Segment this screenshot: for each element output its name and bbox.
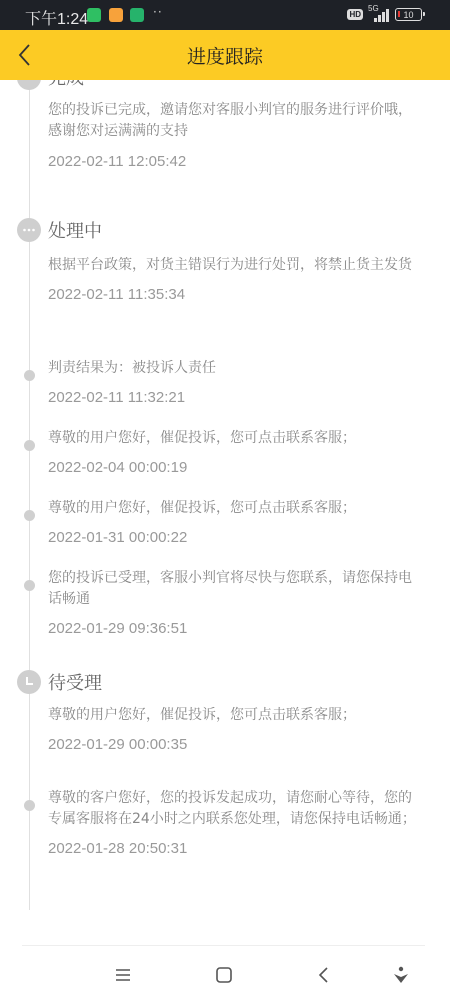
status-bar: 下午1:24 ·· HD 5G 10	[0, 0, 450, 30]
timeline-message: 尊敬的客户您好，您的投诉发起成功，请您耐心等待，您的专属客服将在24小时之内联系…	[48, 788, 420, 830]
system-navigation-bar	[0, 950, 450, 1000]
header-bar: 进度跟踪	[0, 30, 450, 80]
home-button[interactable]	[211, 962, 237, 988]
check-circle-icon	[17, 80, 41, 90]
battery-level: 10	[403, 10, 413, 20]
timeline-time: 2022-01-29 09:36:51	[48, 620, 420, 637]
timeline-dot	[24, 370, 35, 381]
timeline-line	[29, 80, 30, 910]
timeline-message: 您的投诉已完成，邀请您对客服小判官的服务进行评价哦，感谢您对运满满的支持	[48, 100, 420, 142]
more-notifications-icon: ··	[153, 5, 163, 19]
hd-voice-icon: HD	[347, 9, 363, 20]
timeline-item: 您的投诉已受理，客服小判官将尽快与您联系，请您保持电话畅通 2022-01-29…	[48, 568, 420, 637]
menu-icon	[110, 962, 136, 988]
timeline-message: 尊敬的用户您好，催促投诉，您可点击联系客服；	[48, 498, 420, 519]
divider	[22, 945, 425, 946]
page-title: 进度跟踪	[0, 42, 450, 69]
timeline-time: 2022-02-11 11:35:34	[48, 286, 420, 303]
gallery-app-icon	[109, 8, 123, 22]
timeline-dot	[24, 440, 35, 451]
timeline-message: 尊敬的用户您好，催促投诉，您可点击联系客服；	[48, 705, 420, 726]
timeline-time: 2022-02-11 11:32:21	[48, 389, 420, 406]
status-time: 下午1:24	[25, 6, 88, 29]
battery-icon: 10	[395, 8, 422, 21]
back-arrow-icon	[311, 962, 337, 988]
progress-timeline[interactable]: 完成 您的投诉已完成，邀请您对客服小判官的服务进行评价哦，感谢您对运满满的支持 …	[0, 80, 450, 950]
timeline-item: 判责结果为：被投诉人责任 2022-02-11 11:32:21	[48, 358, 420, 406]
home-icon	[211, 962, 237, 988]
clock-circle-icon	[17, 670, 41, 694]
timeline-stage-completed: 完成 您的投诉已完成，邀请您对客服小判官的服务进行评价哦，感谢您对运满满的支持 …	[48, 80, 420, 170]
timeline-message: 根据平台政策，对货主错误行为进行处罚，将禁止货主发货	[48, 255, 420, 276]
timeline-message: 尊敬的用户您好，催促投诉，您可点击联系客服；	[48, 428, 420, 449]
timeline-time: 2022-01-28 20:50:31	[48, 840, 420, 857]
timeline-time: 2022-01-31 00:00:22	[48, 529, 420, 546]
wechat-icon	[87, 8, 101, 22]
stage-title: 待受理	[48, 669, 420, 695]
assistant-icon	[388, 962, 414, 988]
signal-icon: 5G	[368, 7, 390, 22]
timeline-item: 尊敬的用户您好，催促投诉，您可点击联系客服； 2022-02-04 00:00:…	[48, 428, 420, 476]
timeline-time: 2022-02-11 12:05:42	[48, 153, 420, 170]
timeline-message: 判责结果为：被投诉人责任	[48, 358, 420, 379]
timeline-stage-pending: 待受理 尊敬的用户您好，催促投诉，您可点击联系客服； 2022-01-29 00…	[48, 669, 420, 753]
network-type: 5G	[368, 4, 379, 13]
ellipsis-circle-icon	[17, 218, 41, 242]
menu-button[interactable]	[110, 962, 136, 988]
stage-title: 完成	[48, 80, 420, 90]
timeline-dot	[24, 580, 35, 591]
timeline-dot	[24, 510, 35, 521]
security-app-icon	[130, 8, 144, 22]
timeline-stage-processing: 处理中 根据平台政策，对货主错误行为进行处罚，将禁止货主发货 2022-02-1…	[48, 217, 420, 303]
system-back-button[interactable]	[311, 962, 337, 988]
timeline-item: 尊敬的客户您好，您的投诉发起成功，请您耐心等待，您的专属客服将在24小时之内联系…	[48, 788, 420, 857]
timeline-time: 2022-02-04 00:00:19	[48, 459, 420, 476]
timeline-message: 您的投诉已受理，客服小判官将尽快与您联系，请您保持电话畅通	[48, 568, 420, 610]
timeline-item: 尊敬的用户您好，催促投诉，您可点击联系客服； 2022-01-31 00:00:…	[48, 498, 420, 546]
assistant-button[interactable]	[388, 962, 414, 988]
timeline-time: 2022-01-29 00:00:35	[48, 736, 420, 753]
timeline-dot	[24, 800, 35, 811]
stage-title: 处理中	[48, 217, 420, 243]
